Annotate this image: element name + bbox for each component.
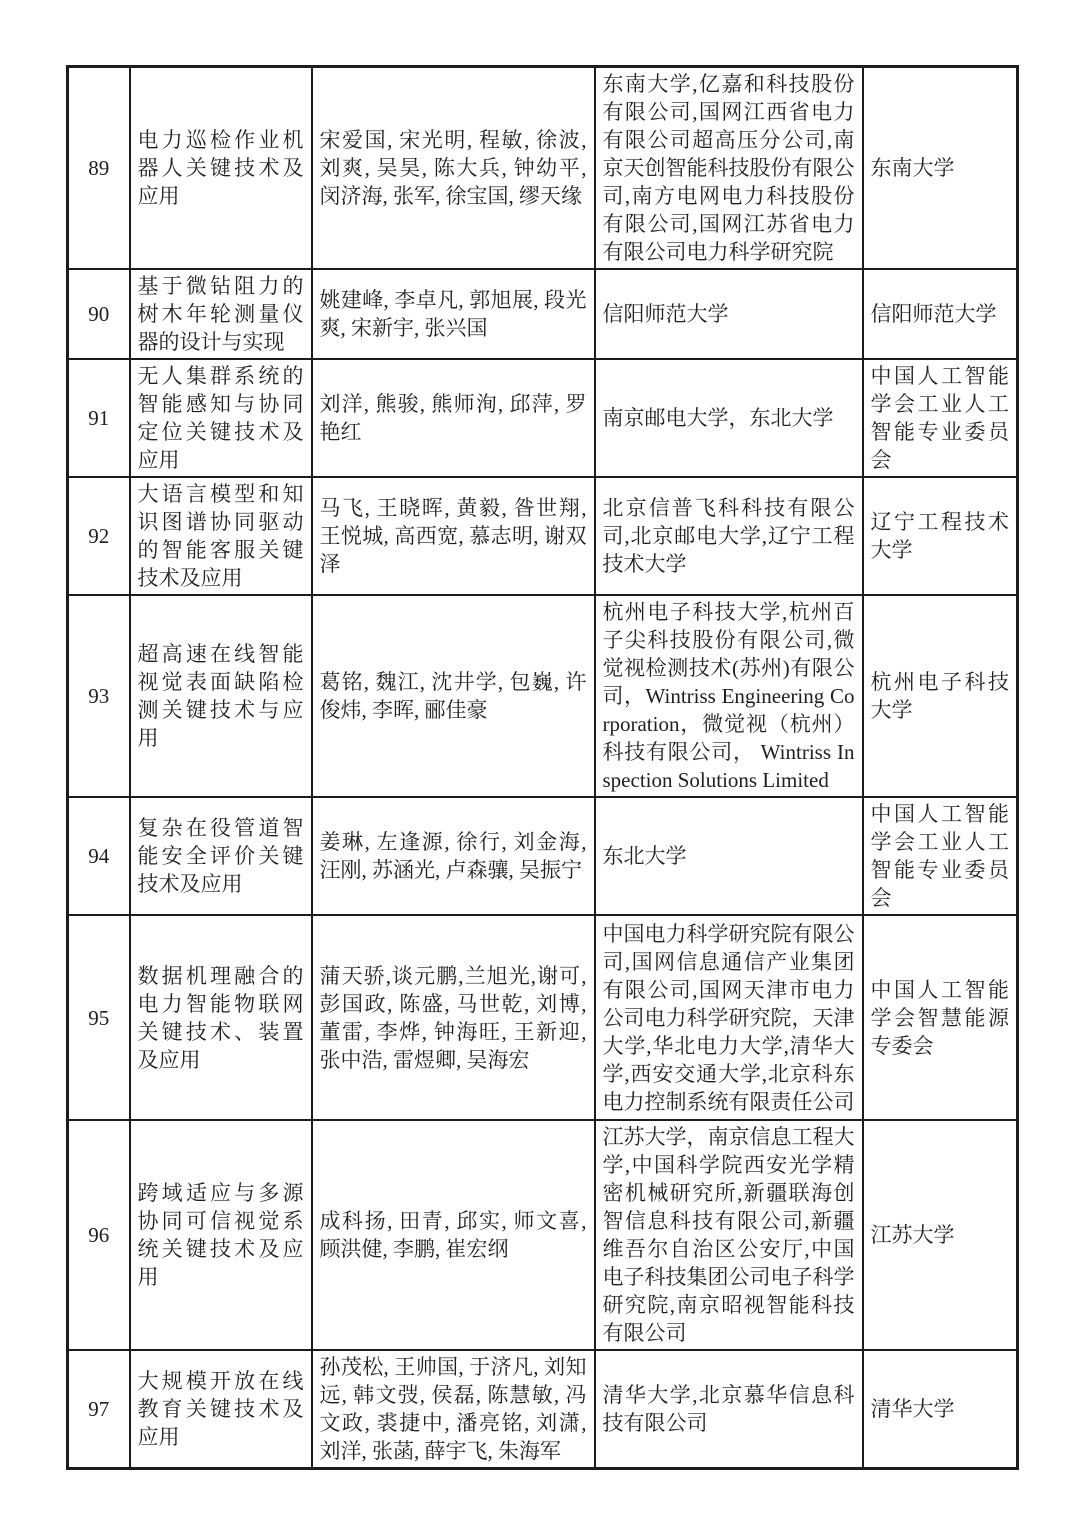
organizations: 中国电力科学研究院有限公司,国网信息通信产业集团有限公司,国网天津市电力公司电力…: [595, 915, 863, 1120]
table-row: 90 基于微钻阻力的树木年轮测量仪器的设计与实现 姚建峰, 李卓凡, 郭旭展, …: [68, 269, 1018, 359]
organizations: 杭州电子科技大学,杭州百子尖科技股份有限公司,微觉视检测技术(苏州)有限公司，W…: [595, 595, 863, 797]
row-number: 97: [68, 1350, 130, 1469]
row-number: 94: [68, 797, 130, 915]
organizations: 东南大学,亿嘉和科技股份有限公司,国网江西省电力有限公司超高压分公司,南京天创智…: [595, 67, 863, 270]
row-number: 89: [68, 67, 130, 270]
awardees: 孙茂松, 王帅国, 于济凡, 刘知远, 韩文弢, 侯磊, 陈慧敏, 冯文政, 裘…: [312, 1350, 595, 1469]
nominator: 东南大学: [863, 67, 1018, 270]
row-number: 95: [68, 915, 130, 1120]
table-row: 96 跨域适应与多源协同可信视觉系统关键技术及应用 成科扬, 田青, 邱实, 师…: [68, 1120, 1018, 1350]
table-row: 92 大语言模型和知识图谱协同驱动的智能客服关键技术及应用 马飞, 王晓晖, 黄…: [68, 477, 1018, 595]
organizations: 信阳师范大学: [595, 269, 863, 359]
nominator: 中国人工智能学会工业人工智能专业委员会: [863, 359, 1018, 477]
awardees: 刘洋, 熊骏, 熊师洵, 邱萍, 罗艳红: [312, 359, 595, 477]
project-title: 复杂在役管道智能安全评价关键技术及应用: [130, 797, 312, 915]
project-title: 数据机理融合的电力智能物联网关键技术、装置及应用: [130, 915, 312, 1120]
row-number: 91: [68, 359, 130, 477]
organizations: 南京邮电大学，东北大学: [595, 359, 863, 477]
table-row: 91 无人集群系统的智能感知与协同定位关键技术及应用 刘洋, 熊骏, 熊师洵, …: [68, 359, 1018, 477]
table-row: 97 大规模开放在线教育关键技术及应用 孙茂松, 王帅国, 于济凡, 刘知远, …: [68, 1350, 1018, 1469]
table-row: 93 超高速在线智能视觉表面缺陷检测关键技术与应用 葛铭, 魏江, 沈井学, 包…: [68, 595, 1018, 797]
organizations: 东北大学: [595, 797, 863, 915]
awardees: 宋爱国, 宋光明, 程敏, 徐波, 刘爽, 吴昊, 陈大兵, 钟幼平, 闵济海,…: [312, 67, 595, 270]
table-row: 94 复杂在役管道智能安全评价关键技术及应用 姜琳, 左逢源, 徐行, 刘金海,…: [68, 797, 1018, 915]
organizations: 清华大学,北京慕华信息科技有限公司: [595, 1350, 863, 1469]
table-row: 95 数据机理融合的电力智能物联网关键技术、装置及应用 蒲天骄,谈元鹏,兰旭光,…: [68, 915, 1018, 1120]
awardees: 姚建峰, 李卓凡, 郭旭展, 段光爽, 宋新宇, 张兴国: [312, 269, 595, 359]
row-number: 96: [68, 1120, 130, 1350]
row-number: 93: [68, 595, 130, 797]
organizations: 北京信普飞科科技有限公司,北京邮电大学,辽宁工程技术大学: [595, 477, 863, 595]
awardees: 成科扬, 田青, 邱实, 师文喜, 顾洪健, 李鹏, 崔宏纲: [312, 1120, 595, 1350]
nominator: 信阳师范大学: [863, 269, 1018, 359]
project-title: 基于微钻阻力的树木年轮测量仪器的设计与实现: [130, 269, 312, 359]
organizations: 江苏大学，南京信息工程大学,中国科学院西安光学精密机械研究所,新疆联海创智信息科…: [595, 1120, 863, 1350]
awardees: 蒲天骄,谈元鹏,兰旭光,谢可,彭国政, 陈盛, 马世乾, 刘博,董雷, 李烨, …: [312, 915, 595, 1120]
nominator: 中国人工智能学会智慧能源专委会: [863, 915, 1018, 1120]
project-title: 电力巡检作业机器人关键技术及应用: [130, 67, 312, 270]
nominator: 江苏大学: [863, 1120, 1018, 1350]
project-title: 跨域适应与多源协同可信视觉系统关键技术及应用: [130, 1120, 312, 1350]
project-title: 大语言模型和知识图谱协同驱动的智能客服关键技术及应用: [130, 477, 312, 595]
awards-table: 89 电力巡检作业机器人关键技术及应用 宋爱国, 宋光明, 程敏, 徐波, 刘爽…: [66, 65, 1019, 1470]
project-title: 大规模开放在线教育关键技术及应用: [130, 1350, 312, 1469]
nominator: 清华大学: [863, 1350, 1018, 1469]
project-title: 无人集群系统的智能感知与协同定位关键技术及应用: [130, 359, 312, 477]
row-number: 92: [68, 477, 130, 595]
awardees: 姜琳, 左逢源, 徐行, 刘金海, 汪刚, 苏涵光, 卢森骧, 吴振宁: [312, 797, 595, 915]
awardees: 葛铭, 魏江, 沈井学, 包巍, 许俊炜, 李晖, 郦佳豪: [312, 595, 595, 797]
project-title: 超高速在线智能视觉表面缺陷检测关键技术与应用: [130, 595, 312, 797]
nominator: 中国人工智能学会工业人工智能专业委员会: [863, 797, 1018, 915]
table-row: 89 电力巡检作业机器人关键技术及应用 宋爱国, 宋光明, 程敏, 徐波, 刘爽…: [68, 67, 1018, 270]
nominator: 辽宁工程技术大学: [863, 477, 1018, 595]
awardees: 马飞, 王晓晖, 黄毅, 昝世翔, 王悦城, 高西宽, 慕志明, 谢双泽: [312, 477, 595, 595]
row-number: 90: [68, 269, 130, 359]
document-page: 89 电力巡检作业机器人关键技术及应用 宋爱国, 宋光明, 程敏, 徐波, 刘爽…: [0, 0, 1080, 1527]
nominator: 杭州电子科技大学: [863, 595, 1018, 797]
